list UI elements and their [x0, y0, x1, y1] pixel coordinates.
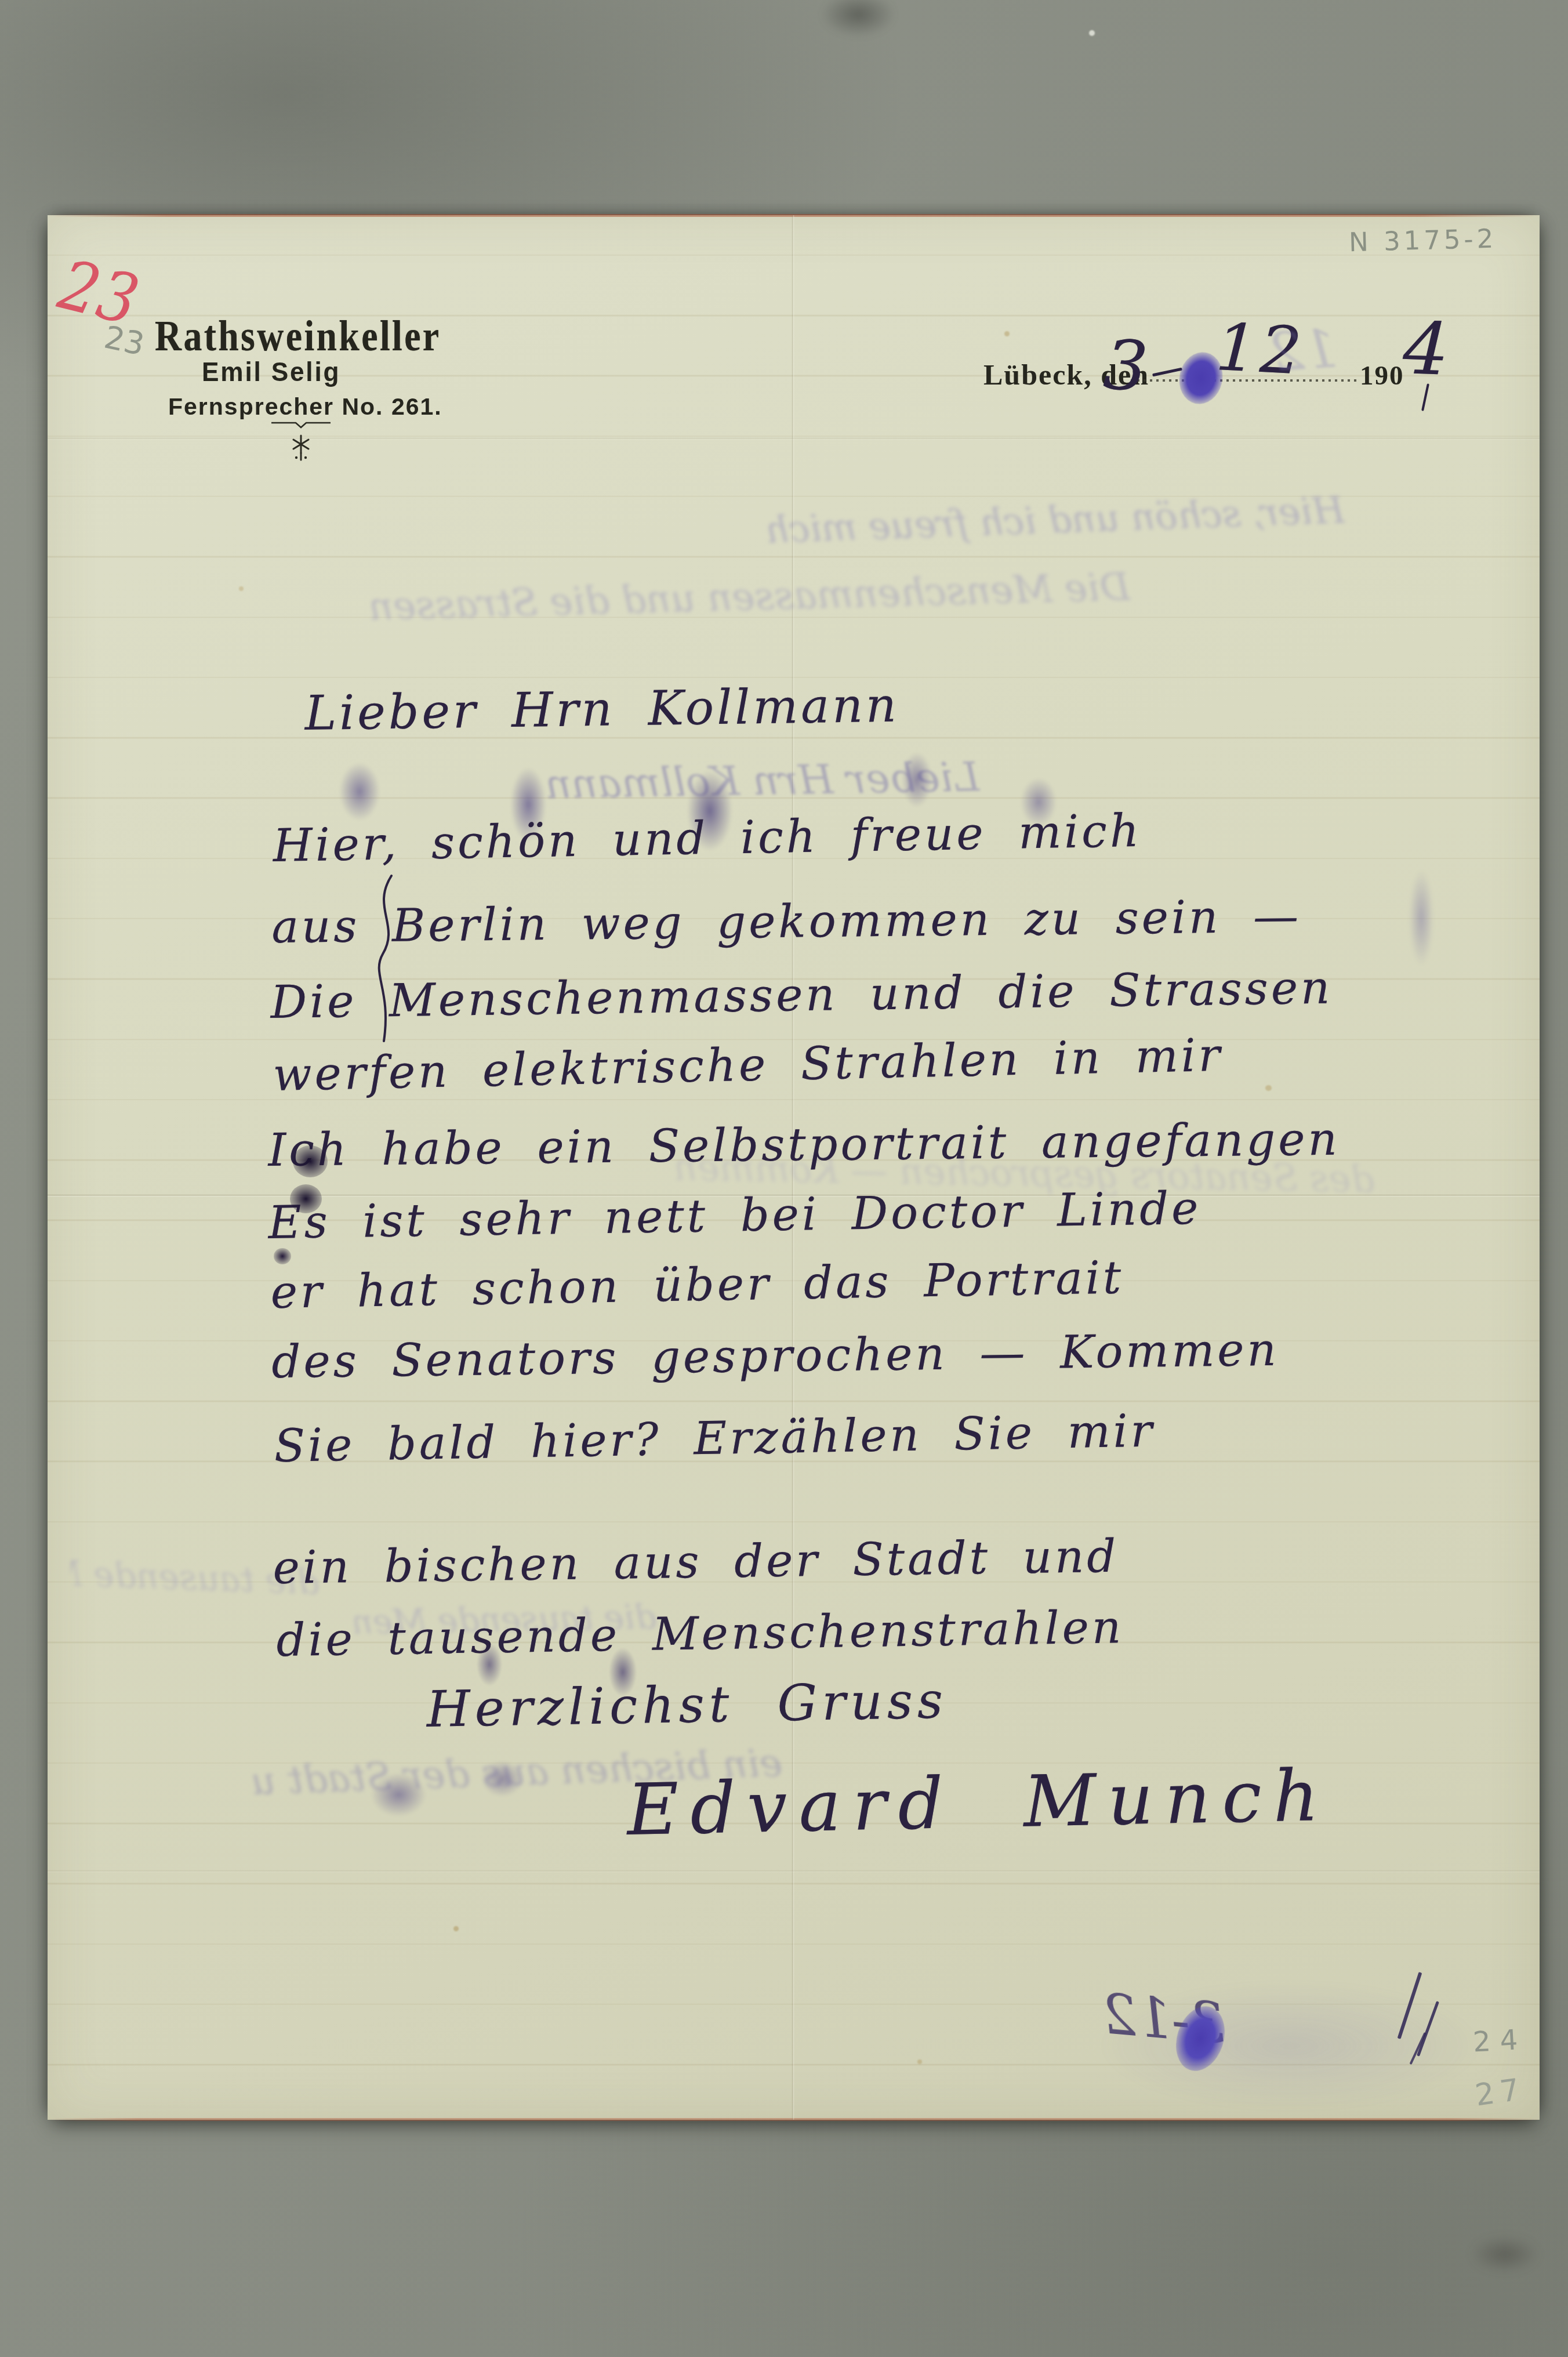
- offset-stroke: [1398, 1972, 1422, 2039]
- offset-stroke: [1410, 2032, 1427, 2065]
- salutation: Lieber Hrn Kollmann: [304, 682, 899, 738]
- handwritten-date-dash: [1152, 368, 1182, 377]
- body-line: Hier, schön und ich freue mich: [273, 808, 1142, 869]
- handwritten-month: 12: [1214, 315, 1306, 385]
- body-line: Es ist sehr nett bei Doctor Linde: [268, 1186, 1202, 1246]
- red-crayon-number: 23: [53, 250, 146, 335]
- age-spot: [1265, 1085, 1272, 1091]
- pencil-page-number-27: 27: [1473, 2074, 1527, 2111]
- body-line: Ich habe ein Selbstportrait angefangen: [268, 1117, 1340, 1173]
- handwritten-day: 3: [1102, 330, 1153, 401]
- age-spot: [453, 1926, 459, 1931]
- age-spot: [1004, 331, 1010, 336]
- ink-offset-ghost: Die Menschenmassen und die Strassen: [249, 568, 1132, 661]
- body-line: aus Berlin weg gekommen zu sein —: [271, 894, 1301, 950]
- dateline-printed-year: 190: [1360, 362, 1404, 390]
- catalog-number: N 3175-2: [1348, 226, 1497, 256]
- fold-crease-horizontal-lower: [48, 1870, 1540, 1873]
- mat-white-speck: [1089, 30, 1095, 36]
- mat-smudge-top: [821, 0, 896, 37]
- transferred-ink-blot: [1168, 2000, 1232, 2077]
- letterhead-proprietor: Emil Selig: [202, 358, 340, 385]
- printer-ornament-icon: [263, 417, 339, 466]
- pencil-number: 23: [101, 321, 147, 360]
- gilt-edge-top: [48, 214, 1540, 217]
- body-line: Sie bald hier? Erzählen Sie mir: [274, 1408, 1156, 1469]
- ink-offset-smudge: [481, 1761, 523, 1797]
- ink-offset-haze: [1099, 1981, 1482, 2111]
- body-line: Die Menschenmassen und die Strassen: [270, 965, 1333, 1025]
- scan-stage: 23 23 Rathsweinkeller Emil Selig Fernspr…: [0, 0, 1568, 2357]
- closing: Herzlichst Gruss: [426, 1676, 948, 1735]
- body-line: des Senators gesprochen — Kommen: [271, 1328, 1279, 1385]
- ink-blot: [274, 1248, 291, 1264]
- ink-offset-smudge: [1409, 870, 1433, 966]
- ink-offset-ghost: Hier, schön und ich freue mich: [579, 492, 1346, 588]
- body-line: ein bischen aus der Stadt und: [273, 1534, 1119, 1591]
- mat-smudge-bottom-right: [1470, 2236, 1540, 2273]
- body-line: die tausende Menschenstrahlen: [276, 1605, 1124, 1663]
- ink-offset-date-mark: 3-12: [1099, 1987, 1228, 2053]
- gilt-edge-bottom: [48, 2118, 1540, 2121]
- offset-stroke: [1417, 2001, 1439, 2057]
- letterhead-business-name: Rathsweinkeller: [155, 315, 441, 358]
- pencil-page-number-24: 24: [1472, 2026, 1527, 2057]
- letterhead-telephone: Fernsprecher No. 261.: [168, 395, 442, 419]
- ink-offset-smudge: [371, 1773, 426, 1816]
- age-spot: [239, 586, 244, 591]
- ink-offset-smudge: [902, 752, 932, 807]
- body-line: werfen elektrische Strahlen in mir: [273, 1033, 1224, 1098]
- age-spot: [917, 2059, 922, 2064]
- handwritten-year-digit: 4: [1402, 313, 1453, 386]
- letter-sheet: 23 23 Rathsweinkeller Emil Selig Fernspr…: [48, 215, 1540, 2120]
- body-line: er hat schon über das Portrait: [270, 1255, 1124, 1315]
- signature: Edvard Munch: [626, 1760, 1331, 1845]
- ink-offset-smudge: [339, 763, 380, 821]
